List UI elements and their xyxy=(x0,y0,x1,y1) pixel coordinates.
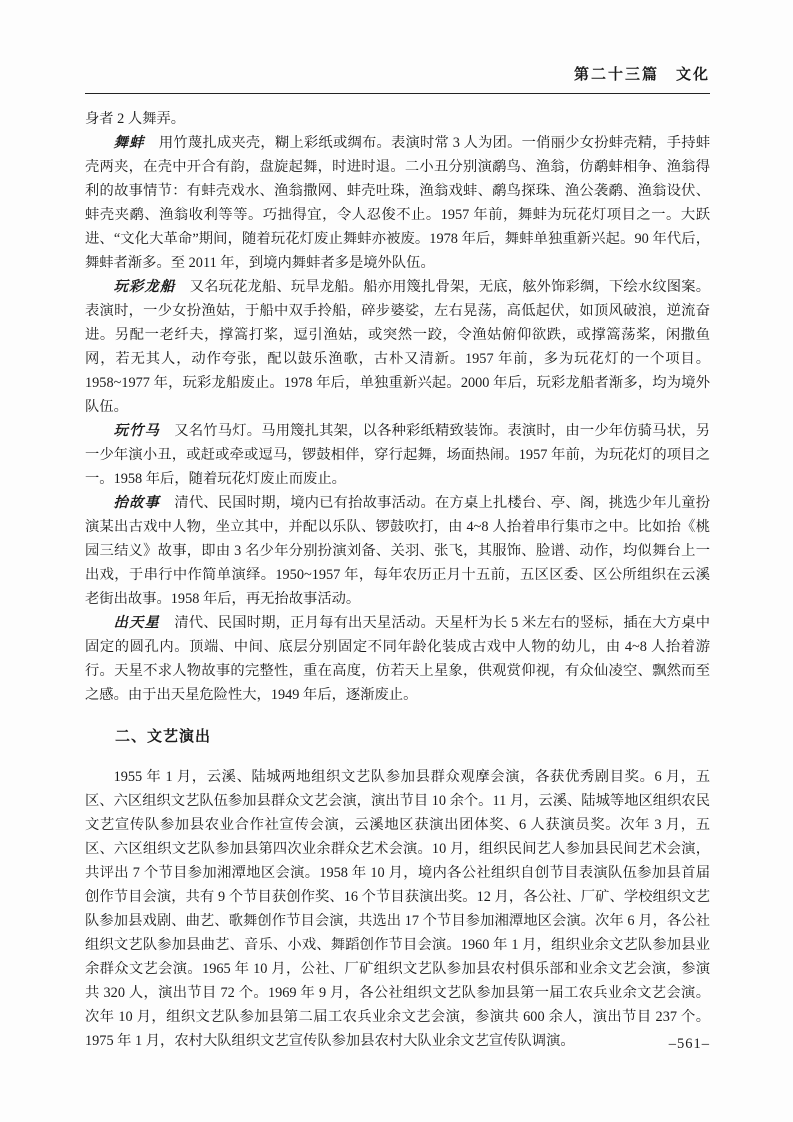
running-header-title: 第二十三篇 文化 xyxy=(85,66,710,84)
entry-text: 清代、民国时期，正月每有出天星活动。天星杆为长 5 米左右的竖标，插在大方桌中固… xyxy=(85,615,710,703)
entry-wanzhuma: 玩竹马又名竹马灯。马用篾扎其架，以各种彩纸精致装饰。表演时，由一少年仿骑马状，另… xyxy=(85,419,710,491)
entry-text: 又名竹马灯。马用篾扎其架，以各种彩纸精致装饰。表演时，由一少年仿骑马状，另一少年… xyxy=(85,423,710,487)
section-paragraph: 1955 年 1 月，云溪、陆城两地组织文艺队参加县群众观摩会演，各获优秀剧目奖… xyxy=(85,765,710,1053)
page-number: –561– xyxy=(669,1036,710,1053)
entry-text: 又名玩花龙船、玩旱龙船。船亦用篾扎骨架，无底，舷外饰彩绸，下绘水纹图案。表演时，… xyxy=(85,279,710,415)
entry-term: 舞蚌 xyxy=(114,135,145,151)
entry-text: 清代、民国时期，境内已有抬故事活动。在方桌上扎楼台、亭、阁，挑选少年儿童扮演某出… xyxy=(85,495,710,607)
page-body: 身者 2 人舞弄。 舞蚌用竹蔑扎成夹壳，糊上彩纸或绸布。表演时常 3 人为团。一… xyxy=(85,107,710,1053)
entry-wubang: 舞蚌用竹蔑扎成夹壳，糊上彩纸或绸布。表演时常 3 人为团。一俏丽少女扮蚌壳精，手… xyxy=(85,131,710,275)
entry-term: 玩竹马 xyxy=(114,423,160,439)
header-rule xyxy=(85,93,710,94)
entry-term: 出天星 xyxy=(114,615,160,631)
entry-chutianxing: 出天星清代、民国时期，正月每有出天星活动。天星杆为长 5 米左右的竖标，插在大方… xyxy=(85,611,710,707)
section-heading: 二、文艺演出 xyxy=(85,727,710,747)
entry-term: 玩彩龙船 xyxy=(114,279,176,295)
document-page: 第二十三篇 文化 身者 2 人舞弄。 舞蚌用竹蔑扎成夹壳，糊上彩纸或绸布。表演时… xyxy=(0,0,793,1122)
entry-wancailongchuan: 玩彩龙船又名玩花龙船、玩旱龙船。船亦用篾扎骨架，无底，舷外饰彩绸，下绘水纹图案。… xyxy=(85,275,710,419)
continuation-paragraph: 身者 2 人舞弄。 xyxy=(85,107,710,131)
entry-taigushi: 抬故事清代、民国时期，境内已有抬故事活动。在方桌上扎楼台、亭、阁，挑选少年儿童扮… xyxy=(85,491,710,611)
entry-term: 抬故事 xyxy=(114,495,160,511)
entry-text: 用竹蔑扎成夹壳，糊上彩纸或绸布。表演时常 3 人为团。一俏丽少女扮蚌壳精，手持蚌… xyxy=(85,135,710,271)
page-header: 第二十三篇 文化 xyxy=(85,66,710,94)
